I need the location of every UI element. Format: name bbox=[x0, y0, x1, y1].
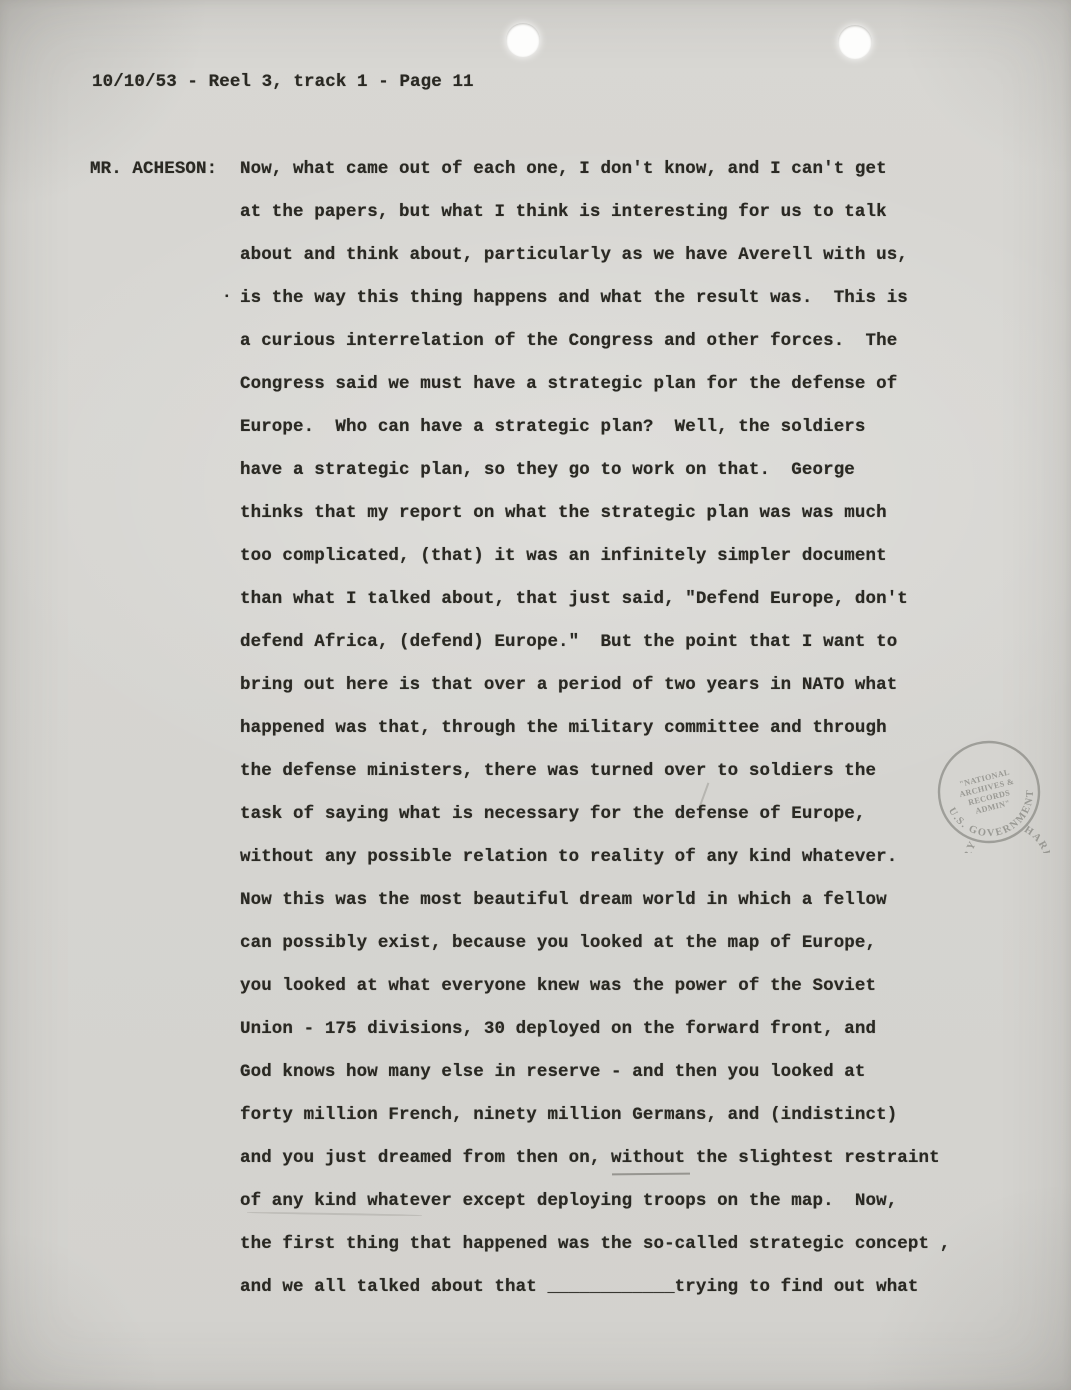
transcript-line: and you just dreamed from then on, witho… bbox=[240, 1137, 950, 1180]
transcript-line: have a strategic plan, so they go to wor… bbox=[240, 449, 950, 492]
transcript-line: and we all talked about that ___________… bbox=[240, 1266, 950, 1309]
archives-stamp: HARRY S. TRUMAN LIBRARY U.S. GOVERNMENT … bbox=[928, 731, 1050, 853]
transcript-line: about and think about, particularly as w… bbox=[240, 234, 950, 277]
document-page: 10/10/53 - Reel 3, track 1 - Page 11 MR.… bbox=[0, 0, 1071, 1390]
page-header: 10/10/53 - Reel 3, track 1 - Page 11 bbox=[92, 72, 474, 92]
transcript-line: a curious interrelation of the Congress … bbox=[240, 320, 950, 363]
stamp-center-text: "NATIONAL ARCHIVES & RECORDS ADMIN" bbox=[956, 766, 1022, 818]
transcript-line: happened was that, through the military … bbox=[240, 707, 950, 750]
punch-hole-left bbox=[506, 23, 540, 57]
transcript-line: Now, what came out of each one, I don't … bbox=[240, 148, 950, 191]
transcript-line: the defense ministers, there was turned … bbox=[240, 750, 950, 793]
punch-hole-right bbox=[838, 25, 872, 59]
transcript-line: than what I talked about, that just said… bbox=[240, 578, 950, 621]
transcript-line: defend Africa, (defend) Europe." But the… bbox=[240, 621, 950, 664]
transcript-line: you looked at what everyone knew was the… bbox=[240, 965, 950, 1008]
transcript-line: Now this was the most beautiful dream wo… bbox=[240, 879, 950, 922]
transcript-line: can possibly exist, because you looked a… bbox=[240, 922, 950, 965]
transcript-body: Now, what came out of each one, I don't … bbox=[240, 148, 950, 1309]
transcript-line: thinks that my report on what the strate… bbox=[240, 492, 950, 535]
transcript-line: Congress said we must have a strategic p… bbox=[240, 363, 950, 406]
transcript-line: at the papers, but what I think is inter… bbox=[240, 191, 950, 234]
transcript-line: task of saying what is necessary for the… bbox=[240, 793, 950, 836]
stray-mark: . bbox=[222, 283, 232, 303]
transcript-line: is the way this thing happens and what t… bbox=[240, 277, 950, 320]
transcript-line: bring out here is that over a period of … bbox=[240, 664, 950, 707]
transcript-line: of any kind whatever except deploying tr… bbox=[240, 1180, 950, 1223]
transcript-line: God knows how many else in reserve - and… bbox=[240, 1051, 950, 1094]
speaker-label: MR. ACHESON: bbox=[90, 148, 217, 191]
transcript-line: the first thing that happened was the so… bbox=[240, 1223, 950, 1266]
transcript-line: too complicated, (that) it was an infini… bbox=[240, 535, 950, 578]
transcript-line: Union - 175 divisions, 30 deployed on th… bbox=[240, 1008, 950, 1051]
transcript-line: without any possible relation to reality… bbox=[240, 836, 950, 879]
transcript-line: forty million French, ninety million Ger… bbox=[240, 1094, 950, 1137]
transcript-line: Europe. Who can have a strategic plan? W… bbox=[240, 406, 950, 449]
